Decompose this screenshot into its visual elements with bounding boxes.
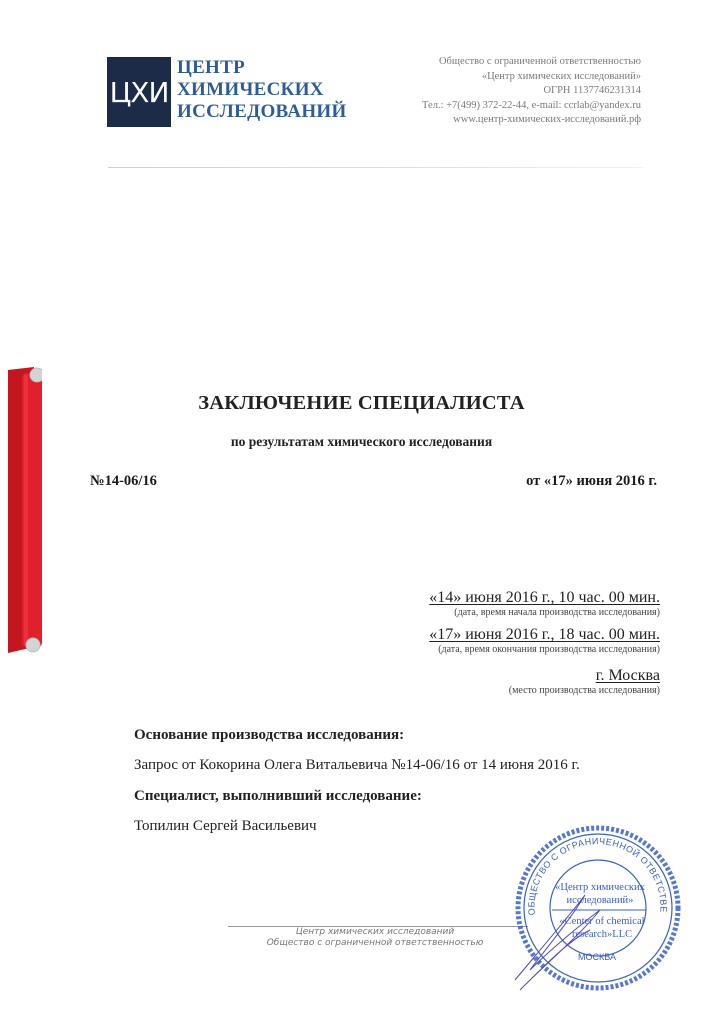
start-datetime: «14» июня 2016 г., 10 час. 00 мин. (дата…	[429, 589, 660, 618]
end-datetime-caption: (дата, время окончания производства иссл…	[429, 644, 660, 655]
specialist-value: Топилин Сергей Васильевич	[134, 818, 317, 835]
svg-text:«Центр химических: «Центр химических	[555, 882, 645, 893]
logo-mark-text: ЦХИ	[110, 76, 169, 109]
logo-mark: ЦХИ	[107, 57, 171, 127]
svg-text:МОСКВА: МОСКВА	[578, 952, 616, 962]
company-name: «Центр химических исследований»	[422, 70, 641, 85]
footer-line: Центр химических исследований	[240, 927, 510, 938]
company-info: Общество с ограниченной ответственностью…	[422, 55, 641, 128]
document-title: ЗАКЛЮЧЕНИЕ СПЕЦИАЛИСТА	[0, 392, 723, 415]
start-datetime-value: «14» июня 2016 г., 10 час. 00 мин.	[429, 589, 660, 607]
document-date: от «17» июня 2016 г.	[526, 473, 657, 490]
end-datetime-value: «17» июня 2016 г., 18 час. 00 мин.	[429, 626, 660, 644]
logo-line: ЦЕНТР	[177, 57, 347, 79]
logo-line: ИССЛЕДОВАНИЙ	[177, 101, 347, 123]
logo-line: ХИМИЧЕСКИХ	[177, 79, 347, 101]
footer-line: Общество с ограниченной ответственностью	[240, 938, 510, 949]
company-website: www.центр-химических-исследований.рф	[422, 113, 641, 128]
end-datetime: «17» июня 2016 г., 18 час. 00 мин. (дата…	[429, 626, 660, 655]
start-datetime-caption: (дата, время начала производства исследо…	[429, 607, 660, 618]
place-value: г. Москва	[509, 667, 660, 685]
header-divider	[108, 167, 643, 168]
basis-label: Основание производства исследования:	[134, 727, 404, 744]
place: г. Москва (место производства исследован…	[509, 667, 660, 696]
svg-text:«Center of chemical: «Center of chemical	[559, 916, 644, 927]
company-seal-icon: ОБЩЕСТВО С ОГРАНИЧЕННОЙ ОТВЕТСТВЕННОСТЬЮ…	[510, 820, 685, 995]
footer: Центр химических исследований Общество с…	[240, 927, 510, 949]
specialist-label: Специалист, выполнивший исследование:	[134, 788, 422, 805]
basis-value: Запрос от Кокорина Олега Витальевича №14…	[134, 757, 580, 774]
document-subtitle: по результатам химического исследования	[0, 434, 723, 450]
svg-text:исследований»: исследований»	[567, 895, 634, 906]
company-ogrn: ОГРН 1137746231314	[422, 84, 641, 99]
company-legal-form: Общество с ограниченной ответственностью	[422, 55, 641, 70]
logo-wordmark: ЦЕНТР ХИМИЧЕСКИХ ИССЛЕДОВАНИЙ	[177, 57, 347, 123]
place-caption: (место производства исследования)	[509, 685, 660, 696]
document-number: №14-06/16	[90, 473, 157, 490]
company-contacts: Тел.: +7(499) 372-22-44, e-mail: ccrlab@…	[422, 99, 641, 114]
